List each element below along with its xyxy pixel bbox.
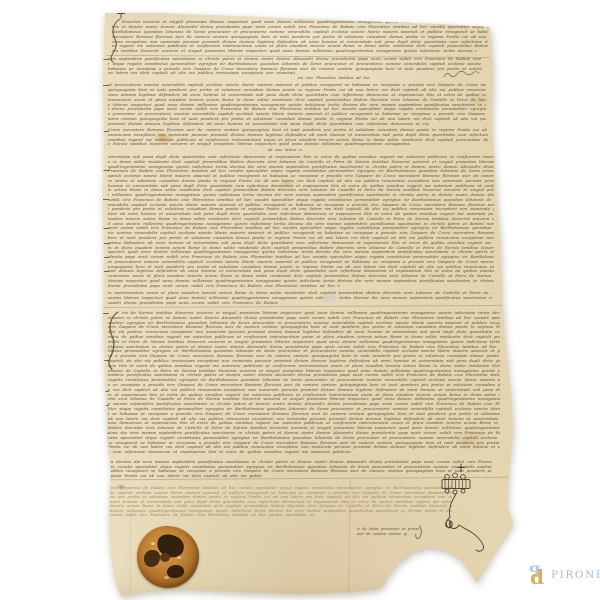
margin-tick [102,131,109,132]
seal-dark-fragment [166,563,186,580]
margin-tick [102,170,109,171]
margin-tick [102,257,109,258]
margin-tick [102,199,109,200]
margin-tick [102,313,109,314]
margin-tick [102,461,109,462]
margin-tick [102,59,109,60]
wax-seal [137,526,199,588]
margin-tick [102,85,109,86]
margin-tick [102,433,109,434]
margin-tick [102,243,109,244]
pirone-brand-text: PIRONE [551,569,600,581]
seal-dark-fragment [155,532,186,559]
seal-dark-fragment [160,553,170,562]
seal-highlight-speck [177,556,181,559]
margin-tick [102,391,109,392]
margin-tick [102,271,109,272]
margin-ticks [0,0,600,600]
seal-highlight-speck [151,542,155,545]
margin-tick [102,360,109,361]
margin-tick [102,228,109,229]
parchment-sheet: Noverint universi et singuli presentes l… [0,0,600,600]
parchment-shadow: Noverint universi et singuli presentes l… [0,0,600,600]
margin-tick [102,405,109,406]
pirone-monogram-gold-letter: d [530,565,544,589]
seal-dark-fragment [144,550,160,567]
seal-highlight-speck [164,576,169,579]
pirone-monogram: P d [528,562,550,592]
photo-stage: Noverint universi et singuli presentes l… [0,0,600,600]
pirone-watermark: P d PIRONE [528,562,598,594]
